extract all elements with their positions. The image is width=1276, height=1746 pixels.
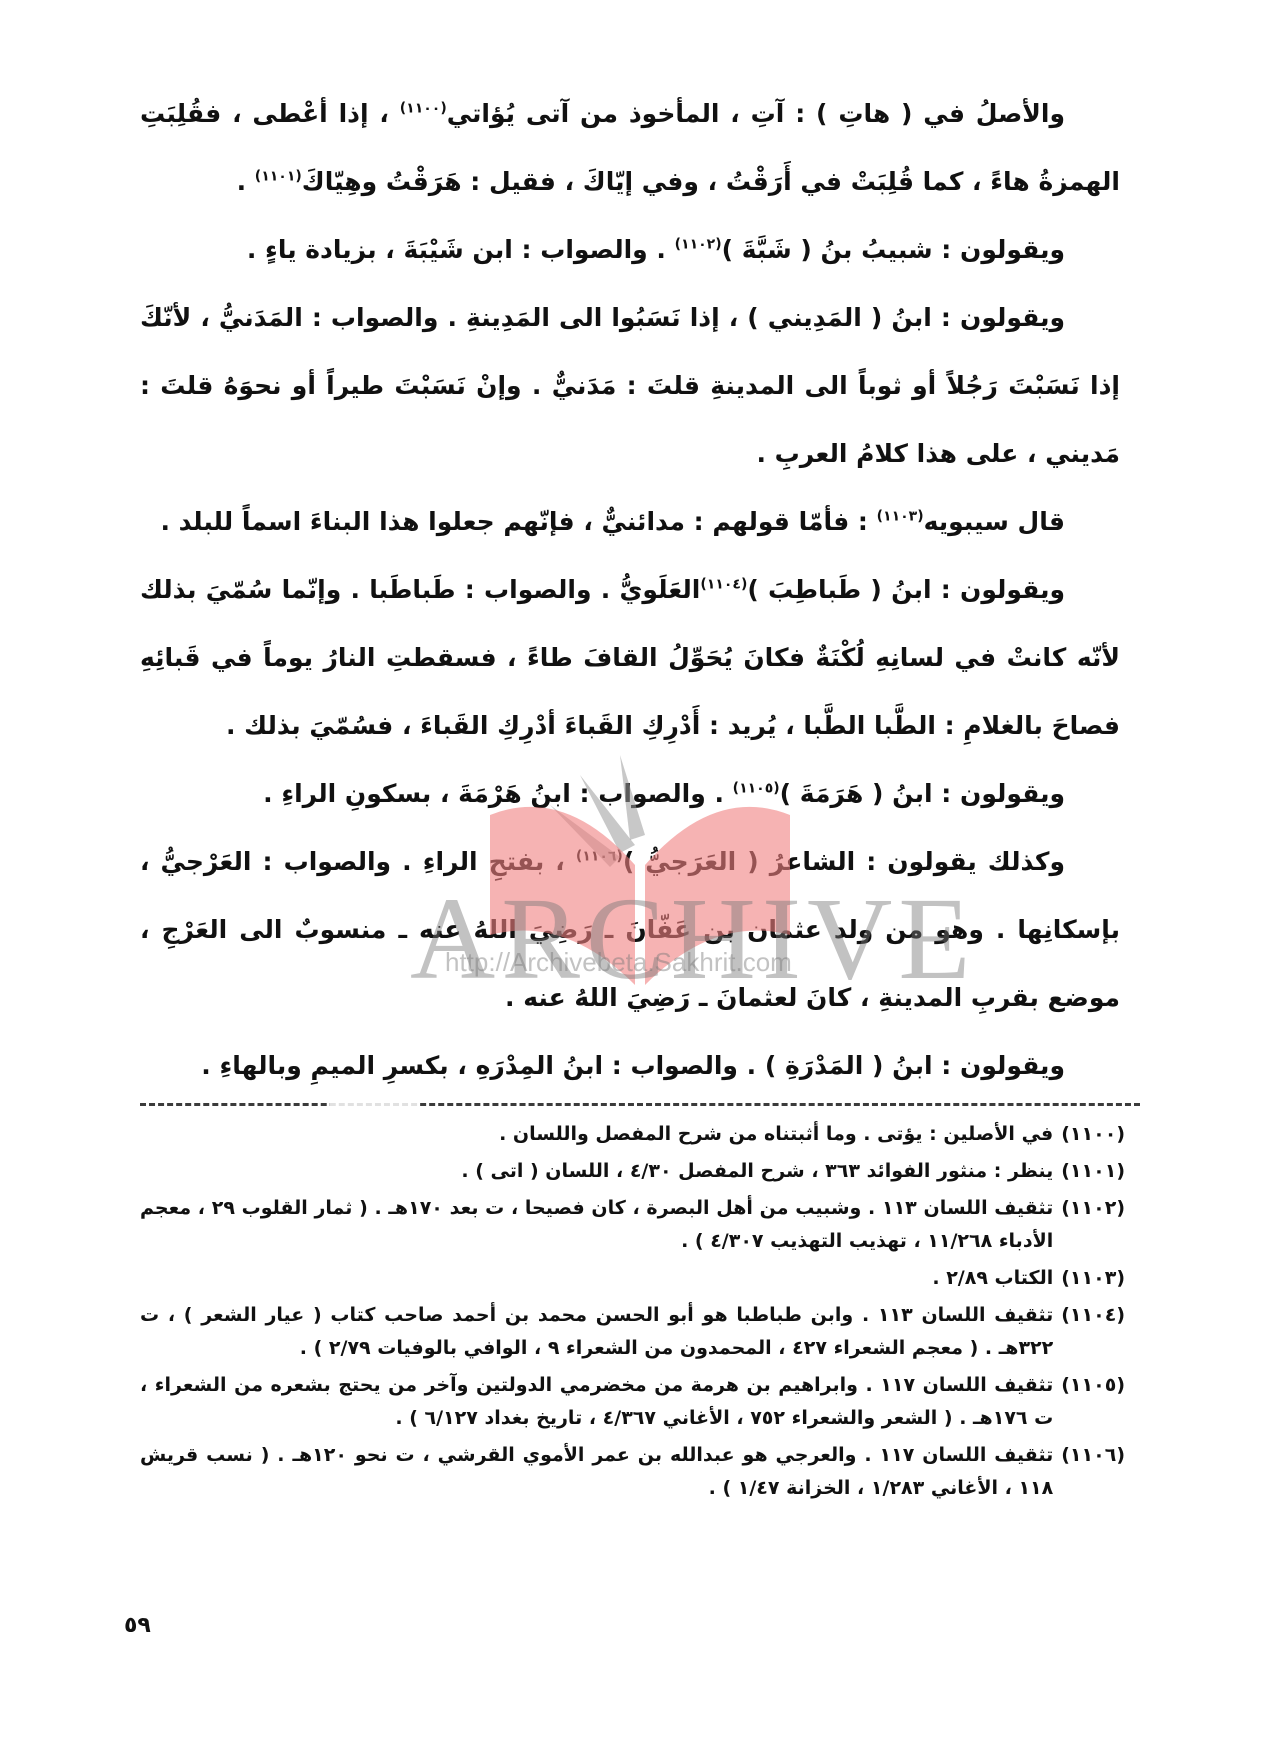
- page-number: ٥٩: [124, 1613, 151, 1638]
- footnote-1104: (١١٠٤)تثقيف اللسان ١١٣ . وابن طباطبا هو …: [140, 1299, 1125, 1365]
- footnote-ref-1101[interactable]: (١١٠١): [255, 169, 302, 185]
- footnote-ref-1100[interactable]: (١١٠٠): [400, 101, 447, 117]
- footnote-1106: (١١٠٦)تثقيف اللسان ١١٧ . والعرجي هو عبدا…: [140, 1439, 1125, 1505]
- footnote-ref-1105[interactable]: (١١٠٥): [733, 781, 780, 797]
- document-page: والأصلُ في ( هاتِ ) : آتِ ، المأخوذ من آ…: [0, 0, 1276, 1746]
- footnotes: (١١٠٠)في الأصلين : يؤتى . وما أثبتناه من…: [140, 1118, 1125, 1509]
- paragraph-text: ويقولون : ابنُ ( هَرَمَةَ ): [780, 779, 1065, 808]
- footnote-ref-1104[interactable]: (١١٠٤): [700, 577, 747, 593]
- footnote-number: (١١٠٣): [1061, 1262, 1125, 1295]
- footnote-1105: (١١٠٥)تثقيف اللسان ١١٧ . وابراهيم بن هرم…: [140, 1369, 1125, 1435]
- footnote-ref-1106[interactable]: (١١٠٦): [576, 849, 623, 865]
- paragraph-7: وكذلك يقولون : الشاعرُ ( العَرَجيُّ )(١١…: [140, 828, 1120, 1032]
- footnote-1101: (١١٠١)ينظر : منثور الفوائد ٣٦٣ ، شرح الم…: [140, 1155, 1125, 1188]
- paragraph-1: والأصلُ في ( هاتِ ) : آتِ ، المأخوذ من آ…: [140, 80, 1120, 216]
- paragraph-text: : فأمّا قولهم : مدائنيٌّ ، فإنّهم جعلوا …: [160, 507, 876, 536]
- divider-gap: [330, 1100, 420, 1108]
- paragraph-text: والأصلُ في ( هاتِ ) : آتِ ، المأخوذ من آ…: [447, 99, 1065, 128]
- paragraph-text: ويقولون : ابنُ ( المَدِيني ) ، إذا نَسَب…: [140, 303, 1120, 468]
- footnote-1103: (١١٠٣)الكتاب ٢/٨٩ .: [140, 1262, 1125, 1295]
- paragraph-4: قال سيبويه(١١٠٣) : فأمّا قولهم : مدائنيٌ…: [140, 488, 1120, 556]
- paragraph-text: .: [237, 167, 255, 196]
- footnote-number: (١١٠٠): [1061, 1118, 1125, 1151]
- footnote-text: تثقيف اللسان ١١٣ . وشبيب من أهل البصرة ،…: [140, 1192, 1053, 1258]
- footnote-text: الكتاب ٢/٨٩ .: [140, 1262, 1053, 1295]
- paragraph-8: ويقولون : ابنُ ( المَدْرَةِ ) . والصواب …: [140, 1032, 1120, 1100]
- footnote-text: في الأصلين : يؤتى . وما أثبتناه من شرح ا…: [140, 1118, 1053, 1151]
- footnote-number: (١١٠١): [1061, 1155, 1125, 1188]
- paragraph-text: قال سيبويه: [924, 507, 1065, 536]
- paragraph-3: ويقولون : ابنُ ( المَدِيني ) ، إذا نَسَب…: [140, 284, 1120, 488]
- paragraph-6: ويقولون : ابنُ ( هَرَمَةَ )(١١٠٥) . والص…: [140, 760, 1120, 828]
- footnote-text: تثقيف اللسان ١١٧ . وابراهيم بن هرمة من م…: [140, 1369, 1053, 1435]
- footnote-1102: (١١٠٢)تثقيف اللسان ١١٣ . وشبيب من أهل ال…: [140, 1192, 1125, 1258]
- footnote-number: (١١٠٥): [1061, 1369, 1125, 1435]
- paragraph-text: ويقولون : ابنُ ( طَباطِبَ ): [747, 575, 1065, 604]
- paragraph-text: وكذلك يقولون : الشاعرُ ( العَرَجيُّ ): [623, 847, 1065, 876]
- paragraph-text: . والصواب : ابن شَيْبَةَ ، بزيادة ياءٍ .: [247, 235, 675, 264]
- footnote-ref-1103[interactable]: (١١٠٣): [877, 509, 924, 525]
- footnote-text: تثقيف اللسان ١١٧ . والعرجي هو عبدالله بن…: [140, 1439, 1053, 1505]
- footnote-text: ينظر : منثور الفوائد ٣٦٣ ، شرح المفصل ٤/…: [140, 1155, 1053, 1188]
- paragraph-text: ويقولون : ابنُ ( المَدْرَةِ ) . والصواب …: [201, 1051, 1065, 1080]
- footnote-divider: [140, 1103, 1140, 1106]
- paragraph-2: ويقولون : شبيبُ بنُ ( شَبَّةَ )(١١٠٢) . …: [140, 216, 1120, 284]
- paragraph-text: ويقولون : شبيبُ بنُ ( شَبَّةَ ): [722, 235, 1065, 264]
- footnote-ref-1102[interactable]: (١١٠٢): [675, 237, 722, 253]
- paragraph-5: ويقولون : ابنُ ( طَباطِبَ )(١١٠٤)العَلَو…: [140, 556, 1120, 760]
- footnote-number: (١١٠٤): [1061, 1299, 1125, 1365]
- footnote-text: تثقيف اللسان ١١٣ . وابن طباطبا هو أبو ال…: [140, 1299, 1053, 1365]
- footnote-1100: (١١٠٠)في الأصلين : يؤتى . وما أثبتناه من…: [140, 1118, 1125, 1151]
- main-text: والأصلُ في ( هاتِ ) : آتِ ، المأخوذ من آ…: [140, 80, 1120, 1100]
- footnote-number: (١١٠٢): [1061, 1192, 1125, 1258]
- paragraph-text: . والصواب : ابنُ هَرْمَةَ ، بسكونِ الراء…: [263, 779, 733, 808]
- footnote-number: (١١٠٦): [1061, 1439, 1125, 1505]
